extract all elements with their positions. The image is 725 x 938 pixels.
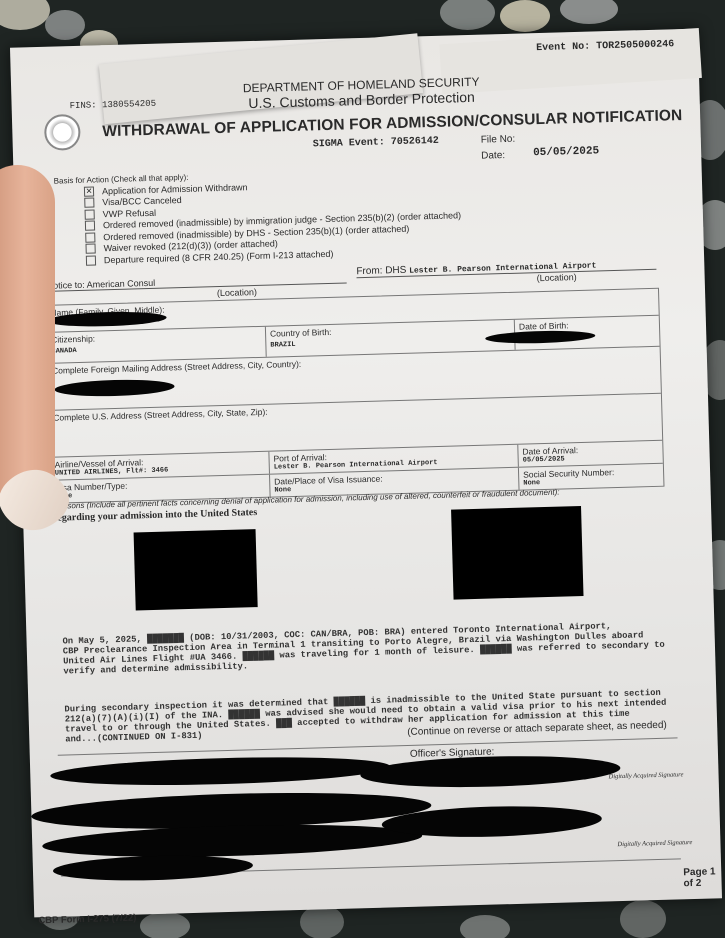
- file-no-label: File No:: [481, 134, 516, 146]
- digital-signature-note: Digitally Acquired Signature: [617, 839, 692, 848]
- citizenship-field: Citizenship: CANADA: [47, 327, 267, 363]
- redaction-block: [134, 529, 258, 610]
- checkbox-icon[interactable]: [84, 198, 94, 208]
- notice-to: Notice to: American Consul: [47, 272, 347, 291]
- agency-header: DEPARTMENT OF HOMELAND SECURITY U.S. Cus…: [241, 75, 482, 112]
- location-caption: (Location): [217, 287, 257, 298]
- checkbox-icon[interactable]: [86, 255, 96, 265]
- checkbox-icon[interactable]: [85, 209, 95, 219]
- checkbox-icon[interactable]: [85, 221, 95, 231]
- checkbox-icon[interactable]: [85, 232, 95, 242]
- from-location: From: DHS Lester B. Pearson Internationa…: [356, 258, 656, 278]
- arrival-date-field: Date of Arrival: 05/05/2025: [518, 441, 663, 467]
- applicant-info-grid: Name (Family, Given, Middle): Citizenshi…: [45, 288, 664, 504]
- basis-checklist: ✕Application for Admission Withdrawn Vis…: [84, 175, 462, 266]
- checkbox-checked-icon[interactable]: ✕: [84, 186, 94, 196]
- dhs-seal-icon: [44, 114, 81, 151]
- dob-field: Date of Birth:: [515, 316, 660, 350]
- redaction-mark: [54, 378, 174, 397]
- page-indicator: Page 1 of 2: [683, 866, 722, 889]
- location-caption: (Location): [536, 272, 576, 283]
- sigma-event: SIGMA Event: 70526142: [313, 136, 439, 151]
- checkbox-icon[interactable]: [85, 244, 95, 254]
- date-label: Date:: [481, 150, 505, 162]
- hand-thumb: [0, 165, 55, 495]
- cbp-form-i275: Event No: TOR2505000246 FINS: 1380554205…: [10, 29, 722, 918]
- redaction-block: [451, 506, 583, 600]
- date-value: 05/05/2025: [533, 145, 599, 159]
